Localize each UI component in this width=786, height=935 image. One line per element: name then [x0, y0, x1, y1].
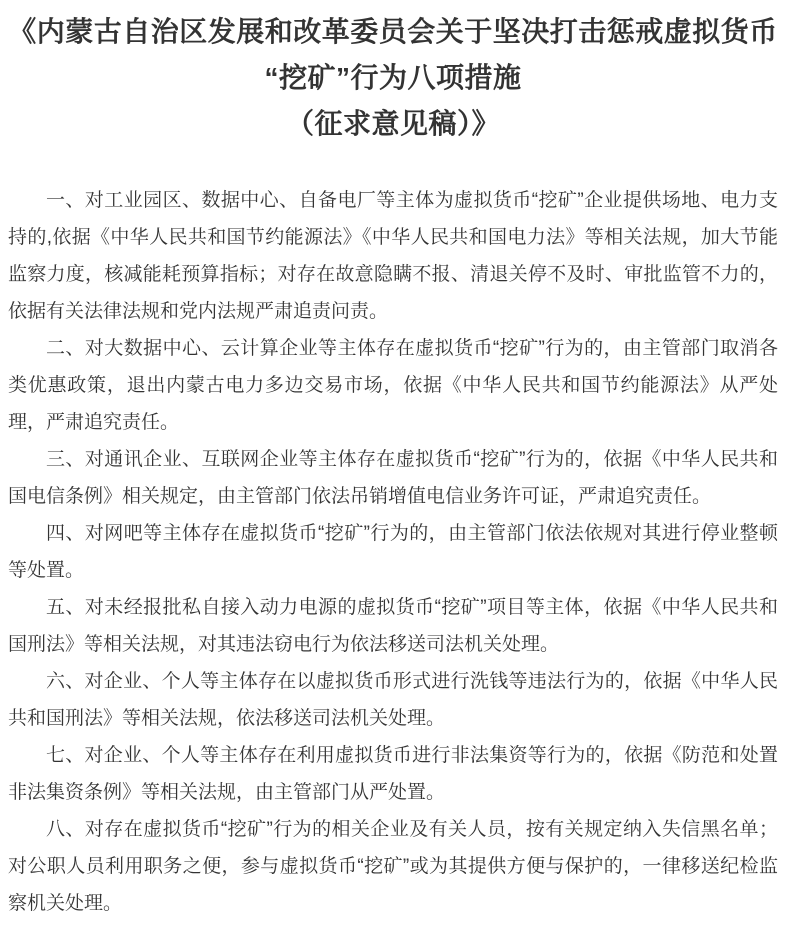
paragraph-measure-7: 七、对企业、个人等主体存在利用虚拟货币进行非法集资等行为的，依据《防范和处置非法…	[8, 737, 778, 811]
document-body: 一、对工业园区、数据中心、自备电厂等主体为虚拟货币“挖矿”企业提供场地、电力支持…	[0, 182, 786, 922]
title-line-3: （征求意见稿）》	[4, 101, 782, 147]
paragraph-measure-5: 五、对未经报批私自接入动力电源的虚拟货币“挖矿”项目等主体，依据《中华人民共和国…	[8, 589, 778, 663]
document-page: 《内蒙古自治区发展和改革委员会关于坚决打击惩戒虚拟货币 “挖矿”行为八项措施 （…	[0, 0, 786, 935]
title-line-1: 《内蒙古自治区发展和改革委员会关于坚决打击惩戒虚拟货币	[4, 9, 782, 55]
paragraph-measure-6: 六、对企业、个人等主体存在以虚拟货币形式进行洗钱等违法行为的，依据《中华人民共和…	[8, 663, 778, 737]
paragraph-measure-8: 八、对存在虚拟货币“挖矿”行为的相关企业及有关人员，按有关规定纳入失信黑名单；对…	[8, 811, 778, 922]
paragraph-measure-1: 一、对工业园区、数据中心、自备电厂等主体为虚拟货币“挖矿”企业提供场地、电力支持…	[8, 182, 778, 330]
title-line-2: “挖矿”行为八项措施	[4, 55, 782, 101]
paragraph-measure-2: 二、对大数据中心、云计算企业等主体存在虚拟货币“挖矿”行为的，由主管部门取消各类…	[8, 330, 778, 441]
document-title: 《内蒙古自治区发展和改革委员会关于坚决打击惩戒虚拟货币 “挖矿”行为八项措施 （…	[0, 0, 786, 147]
paragraph-measure-3: 三、对通讯企业、互联网企业等主体存在虚拟货币“挖矿”行为的，依据《中华人民共和国…	[8, 441, 778, 515]
paragraph-measure-4: 四、对网吧等主体存在虚拟货币“挖矿”行为的，由主管部门依法依规对其进行停业整顿等…	[8, 515, 778, 589]
